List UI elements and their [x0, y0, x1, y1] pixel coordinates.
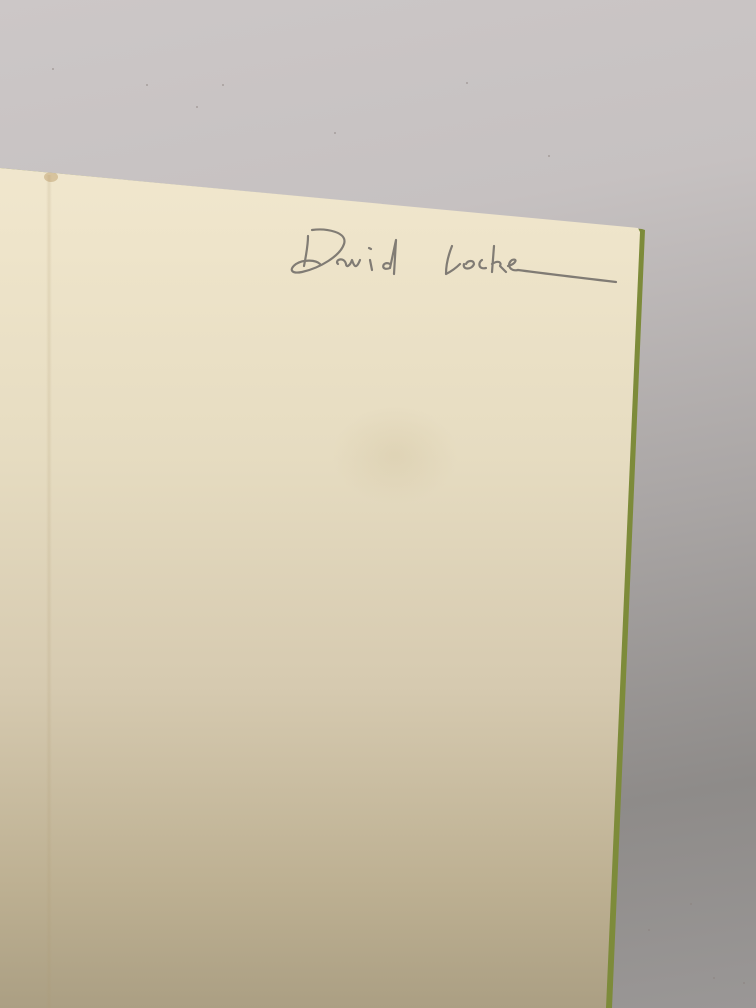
pencil-signature: David Locke	[286, 226, 626, 296]
dust-speck	[146, 84, 148, 86]
dust-speck	[648, 929, 650, 931]
page-hinge-fold	[46, 175, 52, 1008]
dust-speck	[743, 982, 745, 984]
dust-speck	[52, 68, 54, 70]
dust-speck	[334, 132, 336, 134]
dust-speck	[222, 84, 224, 86]
dust-speck	[690, 903, 692, 905]
dust-speck	[713, 977, 715, 979]
dust-speck	[466, 82, 468, 84]
corner-stain	[44, 172, 58, 182]
signature-strokes	[286, 226, 626, 296]
dust-speck	[548, 155, 550, 157]
endpaper-page: David Locke	[0, 0, 756, 1008]
dust-speck	[196, 106, 198, 108]
